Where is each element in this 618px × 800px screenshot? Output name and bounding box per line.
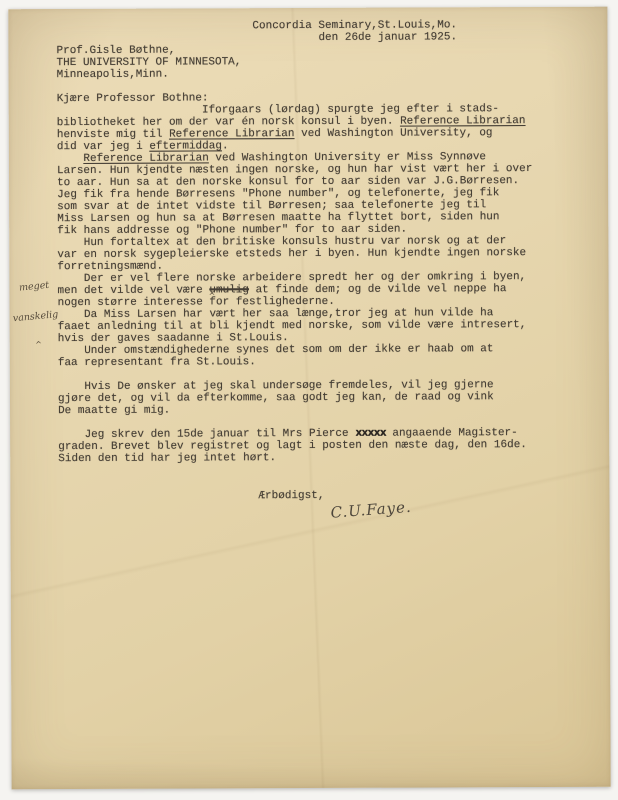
text-segment: gjøre det, og vil da efterkomme, saa god…: [58, 391, 494, 405]
text-segment: graden. Brevet blev registret og lagt i …: [58, 439, 527, 453]
text-segment: faa representant fra St.Louis.: [58, 356, 256, 369]
text-segment: Siden den tid har jeg intet hørt.: [58, 452, 276, 465]
underlined-text: Reference Librarian: [400, 115, 525, 128]
insertion-caret-mark: ^: [209, 291, 216, 300]
text-segment: Under omstændighederne synes det som om …: [58, 343, 494, 357]
handwritten-margin-note: meget vanskelig ^: [8, 260, 63, 370]
recipient-line: Minneapolis,Minn.: [57, 67, 594, 81]
underlined-text: eftermiddag: [149, 140, 222, 152]
paragraph: Jeg skrev den 15de januar til Mrs Pierce…: [58, 427, 595, 465]
text-segment: henviste mig til: [57, 129, 169, 141]
body-line: graden. Brevet blev registret og lagt i …: [58, 439, 595, 453]
closing-phrase: Ærbødigst,: [258, 489, 595, 502]
paragraph: Da Miss Larsen har vært her saa længe,tr…: [58, 307, 595, 345]
paragraph: Hun fortaltex at den britiske konsuls hu…: [57, 235, 594, 273]
body-line: var en norsk sygepleierske etsteds her i…: [57, 247, 594, 261]
caret-mark: ^: [35, 340, 61, 348]
paragraph: Iforgaars (lørdag) spurgte jeg efter i s…: [57, 103, 594, 153]
text-segment: Miss Larsen og hun sa at Børresen maatte…: [57, 211, 499, 225]
margin-note-line: vanskelig: [12, 310, 58, 324]
text-segment: De maatte gi mig.: [58, 405, 170, 417]
body-line: faaet anledning til at bli kjendt med no…: [58, 319, 595, 333]
text-segment: .: [222, 140, 229, 152]
body-line: faa representant fra St.Louis.: [58, 355, 595, 369]
text-segment: hvis der gaves saadanne i St.Louis.: [58, 332, 289, 345]
scan-background: Concordia Seminary,St.Louis,Mo. den 26de…: [0, 0, 618, 800]
recipient-address: Prof.Gisle Bøthne, THE UNIVERSITY OF MIN…: [56, 43, 593, 81]
text-segment: at finde dem; og de vilde vel neppe ha: [249, 283, 507, 296]
paragraph: Reference Librarian ved Washington Unive…: [57, 151, 594, 237]
text-segment: var en norsk sygepleierske etsteds her i…: [57, 247, 526, 261]
paragraph: Der er vel flere norske arbeidere spredt…: [57, 271, 594, 309]
paragraph: Hvis De ønsker at jeg skal undersøge fre…: [58, 379, 595, 417]
body-line: Siden den tid har jeg intet hørt.: [58, 451, 595, 465]
text-segment: ved Washington University, og: [294, 127, 492, 140]
struck-out-text: umulig: [209, 284, 249, 296]
letter-paper: Concordia Seminary,St.Louis,Mo. den 26de…: [8, 7, 610, 790]
underlined-text: Reference Librarian: [83, 152, 208, 165]
handwritten-signature: C.U.Faye.: [330, 501, 412, 519]
text-segment: [57, 153, 83, 165]
text-segment: faaet anledning til at bli kjendt med no…: [58, 319, 527, 333]
margin-note-line: meget: [19, 280, 56, 293]
text-segment: men det vilde vel være: [58, 284, 210, 297]
typed-over-blot: xxxxx: [355, 428, 386, 440]
text-segment: forretningsmænd.: [57, 261, 163, 273]
text-segment: did var jeg i: [57, 141, 149, 153]
text-segment: angaaende Magister-: [386, 427, 518, 440]
body-line: De maatte gi mig.: [58, 403, 595, 417]
underlined-text: Reference Librarian: [169, 128, 294, 141]
letter-content: Concordia Seminary,St.Louis,Mo. den 26de…: [8, 7, 610, 790]
paragraph: Under omstændighederne synes det som om …: [58, 343, 595, 369]
letter-body: Iforgaars (lørdag) spurgte jeg efter i s…: [57, 103, 596, 465]
